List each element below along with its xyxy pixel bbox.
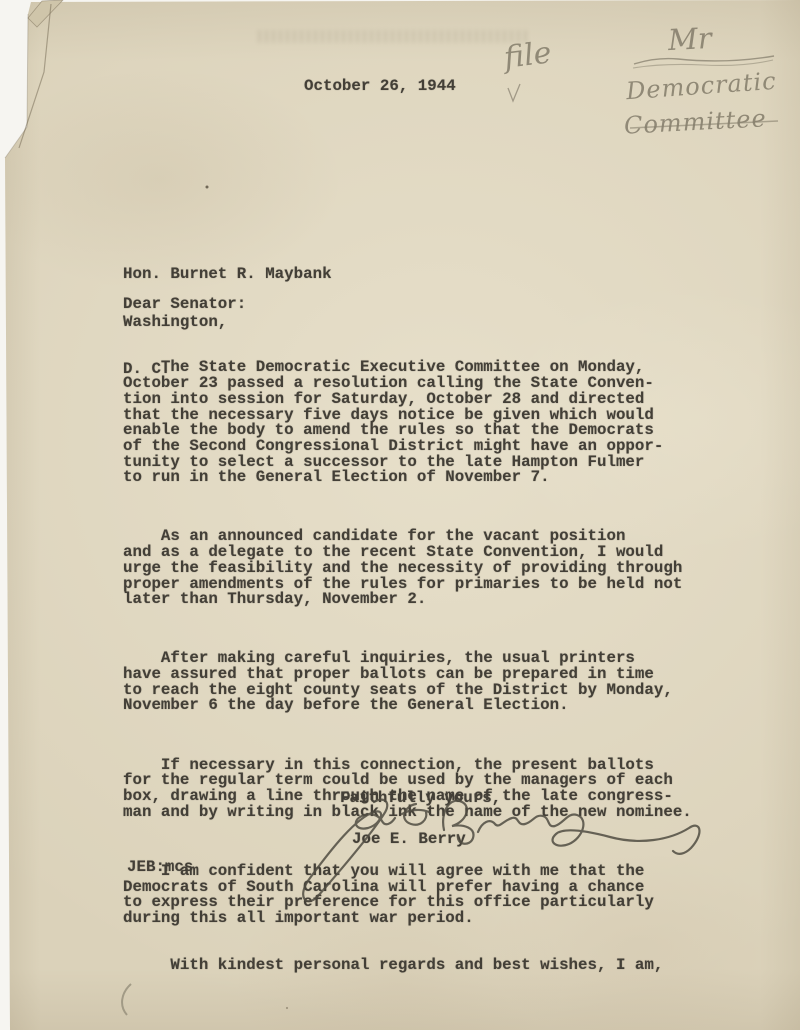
- letter-body: The State Democratic Executive Committee…: [123, 329, 723, 1005]
- paragraph-5: I am confident that you will agree with …: [123, 864, 723, 927]
- closing-line: With kindest personal regards and best w…: [123, 958, 723, 974]
- pencil-routing-note-line2: Democratic: [625, 67, 777, 105]
- scanned-letter-page: October 26, 1944 Hon. Burnet R. Maybank …: [0, 0, 800, 1030]
- pencil-routing-note-line3: Committee: [623, 104, 767, 139]
- paragraph-2: As an announced candidate for the vacant…: [123, 529, 723, 608]
- pencil-routing-note-line1: Mr: [667, 21, 712, 57]
- valediction: Faithfully yours,: [340, 791, 501, 807]
- recipient-name: Hon. Burnet R. Maybank: [123, 267, 332, 283]
- letter-date: October 26, 1944: [304, 79, 456, 95]
- paper-sheet: October 26, 1944 Hon. Burnet R. Maybank …: [0, 0, 800, 1030]
- paragraph-1: The State Democratic Executive Committee…: [123, 360, 723, 486]
- typed-signature-name: Joe E. Berry: [352, 832, 466, 848]
- salutation: Dear Senator:: [123, 297, 246, 313]
- recipient-city: Washington,: [123, 315, 332, 331]
- typist-initials: JEB:mcs: [127, 860, 193, 876]
- ink-bleed-through-smudge: [258, 30, 528, 43]
- pencil-file-note: file: [502, 35, 553, 76]
- paragraph-3: After making careful inquiries, the usua…: [123, 651, 723, 714]
